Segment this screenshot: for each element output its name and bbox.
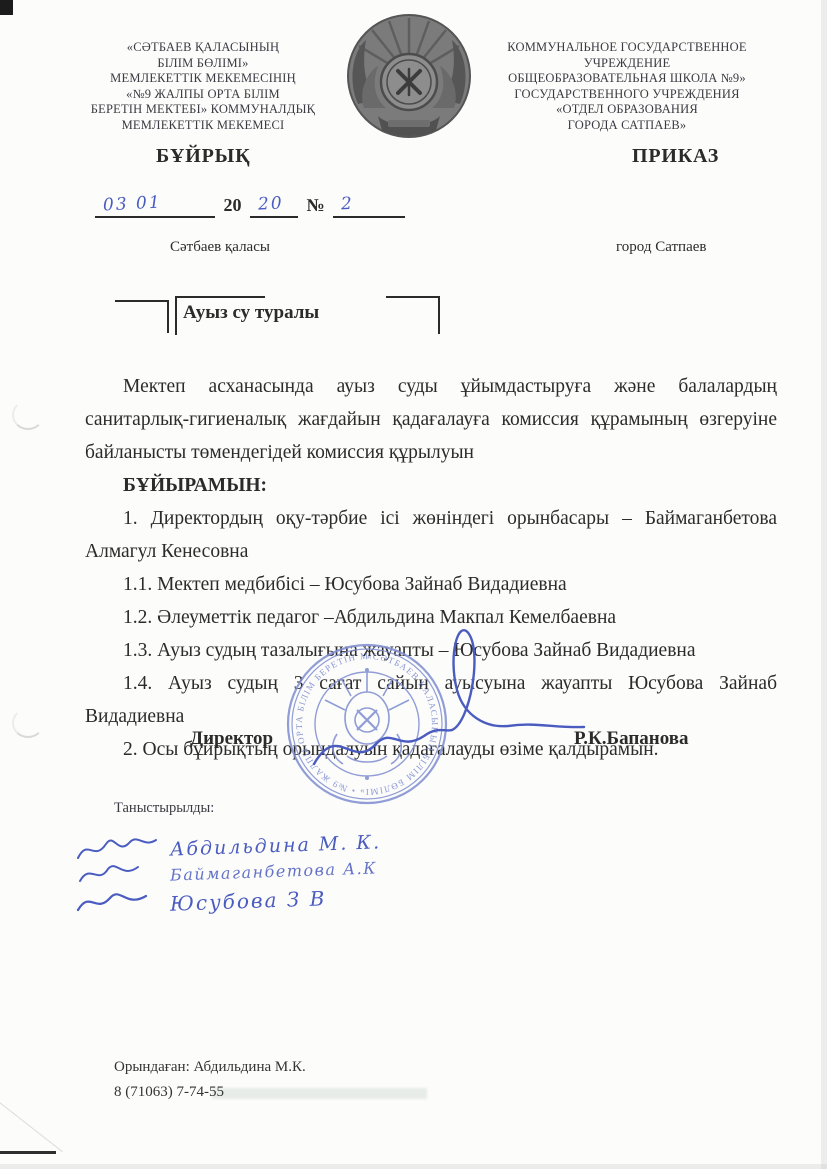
letterhead-line: ГОРОДА САТПАЕВ» bbox=[462, 118, 792, 134]
place-kazakh: Сәтбаев қаласы bbox=[170, 239, 270, 256]
scan-edge-mark bbox=[0, 1151, 56, 1154]
order-subject: Ауыз су туралы bbox=[183, 302, 319, 324]
signature-icon bbox=[74, 888, 152, 921]
letterhead-russian: КОММУНАЛЬНОЕ ГОСУДАРСТВЕННОЕ УЧРЕЖДЕНИЕ … bbox=[462, 40, 792, 133]
letterhead-line: «№9 ЖАЛПЫ ОРТА БІЛІМ bbox=[72, 87, 334, 103]
letterhead-line: БЕРЕТІН МЕКТЕБІ» КОММУНАЛДЫҚ bbox=[72, 102, 334, 118]
director-role-label: Директор bbox=[190, 728, 273, 750]
letterhead-line: МЕМЛЕКЕТТІК МЕКЕМЕСІ bbox=[72, 118, 334, 134]
scan-edge-shadow-right bbox=[821, 0, 827, 1169]
body-order-word: БҰЙЫРАМЫН: bbox=[85, 469, 777, 502]
order-item: 1. Директордың оқу-тәрбие ісі жөніндегі … bbox=[85, 502, 777, 568]
handwritten-date: 03 01 bbox=[103, 192, 163, 215]
executor-phone: 8 (71063) 7-74-55 bbox=[114, 1080, 306, 1105]
place-russian: город Сатпаев bbox=[616, 239, 706, 256]
order-title-kazakh: БҰЙРЫҚ bbox=[156, 145, 250, 168]
acknowledgement-name: Юсубова З В bbox=[170, 886, 327, 915]
letterhead-line: УЧРЕЖДЕНИЕ bbox=[462, 56, 792, 72]
executor-block: Орындаған: Абдильдина М.К. 8 (71063) 7-7… bbox=[114, 1055, 306, 1105]
year-prefix: 20 bbox=[224, 192, 242, 218]
scanned-order-document: «СӘТБАЕВ ҚАЛАСЫНЫҢ БІЛІМ БӨЛІМІ» МЕМЛЕКЕ… bbox=[0, 0, 827, 1169]
coat-of-arms-icon bbox=[344, 12, 474, 144]
letterhead-line: МЕМЛЕКЕТТІК МЕКЕМЕСІНІҢ bbox=[72, 71, 334, 87]
letterhead-line: «ОТДЕЛ ОБРАЗОВАНИЯ bbox=[462, 102, 792, 118]
handwritten-year: 20 bbox=[257, 193, 284, 214]
letterhead-line: ГОСУДАРСТВЕННОГО УЧРЕЖДЕНИЯ bbox=[462, 87, 792, 103]
order-item: 1.1. Мектеп медбибісі – Юсубова Зайнаб В… bbox=[85, 568, 777, 601]
acknowledgement-row: Баймаганбетова А.К bbox=[74, 861, 414, 888]
letterhead-line: «СӘТБАЕВ ҚАЛАСЫНЫҢ bbox=[72, 40, 334, 56]
letterhead-line: БІЛІМ БӨЛІМІ» bbox=[72, 56, 334, 72]
number-sign: № bbox=[307, 192, 325, 218]
acknowledgement-row: Абдильдина М. К. bbox=[74, 834, 414, 861]
paper-crease bbox=[0, 1096, 63, 1152]
acknowledgement-name: Баймаганбетова А.К bbox=[170, 858, 378, 884]
acknowledgement-name: Абдильдина М. К. bbox=[170, 831, 382, 860]
acknowledged-label: Таныстырылды: bbox=[114, 800, 214, 817]
acknowledgement-row: Юсубова З В bbox=[74, 888, 414, 915]
director-name: Р.К.Бапанова bbox=[574, 728, 689, 750]
hole-punch-mark bbox=[12, 708, 44, 738]
body-intro: Мектеп асханасында ауыз суды ұйымдастыру… bbox=[85, 370, 777, 469]
scan-edge-shadow-bottom bbox=[0, 1164, 827, 1169]
letterhead-line: ОБЩЕОБРАЗОВАТЕЛЬНАЯ ШКОЛА №9» bbox=[462, 71, 792, 87]
number-blank: 2 bbox=[333, 192, 405, 218]
director-signature-icon bbox=[292, 612, 592, 797]
letterhead-line: КОММУНАЛЬНОЕ ГОСУДАРСТВЕННОЕ bbox=[462, 40, 792, 56]
acknowledgement-list: Абдильдина М. К. Баймаганбетова А.К Юсуб… bbox=[74, 834, 414, 915]
executor-name: Орындаған: Абдильдина М.К. bbox=[114, 1055, 306, 1080]
order-title-russian: ПРИКАЗ bbox=[632, 145, 719, 168]
corner-mark-left bbox=[115, 300, 169, 333]
date-line: 03 01 20 20 № 2 bbox=[95, 192, 405, 220]
letterhead-kazakh: «СӘТБАЕВ ҚАЛАСЫНЫҢ БІЛІМ БӨЛІМІ» МЕМЛЕКЕ… bbox=[72, 40, 334, 133]
handwritten-order-number: 2 bbox=[341, 194, 355, 215]
hole-punch-mark bbox=[12, 400, 44, 430]
scan-corner-blot bbox=[0, 0, 13, 15]
date-blank: 03 01 bbox=[95, 192, 215, 218]
corner-mark-right bbox=[386, 296, 440, 334]
year-blank: 20 bbox=[250, 192, 298, 218]
